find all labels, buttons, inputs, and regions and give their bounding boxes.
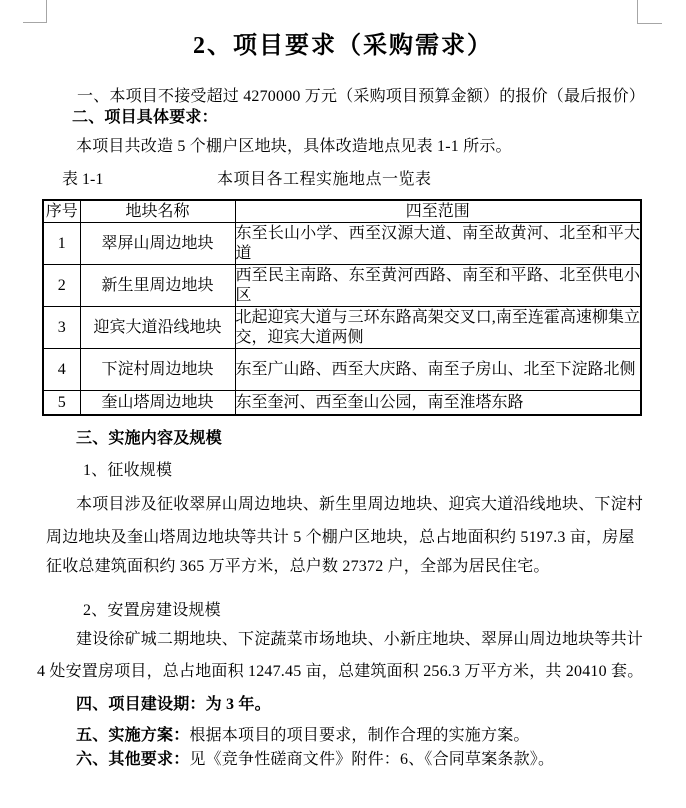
clause-specific-requirements-text: 本项目共改造 5 个棚户区地块，具体改造地点见表 1-1 所示。 — [76, 137, 512, 156]
table-header-name: 地块名称 — [80, 200, 235, 223]
clause-other-requirements-heading: 六、其他要求： — [76, 751, 189, 768]
subclause-resettlement-heading: 2、安置房建设规模 — [83, 601, 221, 620]
margin-crop-mark-top-right-horizontal — [637, 23, 662, 24]
clause-other-requirements-text: 见《竞争性磋商文件》附件：6、《合同草案条款》。 — [189, 751, 554, 768]
clause-scope-heading: 三、实施内容及规模 — [76, 429, 222, 448]
table-header-no: 序号 — [43, 200, 80, 223]
row-site-name: 翠屏山周边地块 — [80, 223, 235, 265]
table-caption-label: 表 1-1 — [62, 166, 103, 189]
table-caption-title: 本项目各工程实施地点一览表 — [217, 166, 432, 189]
table-row: 5 奎山塔周边地块 东至奎河、西至奎山公园，南至淮塔东路 — [43, 391, 641, 416]
margin-crop-mark-top-left-vertical — [46, 0, 47, 23]
project-sites-table: 序号 地块名称 四至范围 1 翠屏山周边地块 东至长山小学、西至汉源大道、南至故… — [42, 199, 642, 416]
row-site-range: 北起迎宾大道与三环东路高架交叉口,南至连霍高速柳集立交，迎宾大道两侧 — [235, 307, 641, 349]
clause-budget-limit: 一、本项目不接受超过 4270000 万元（采购项目预算金额）的报价（最后报价） — [77, 87, 645, 106]
margin-crop-mark-top-right-vertical — [637, 0, 638, 24]
resettlement-paragraph-line1: 建设徐矿城二期地块、下淀蔬菜市场地块、小新庄地块、翠屏山周边地块等共计 — [76, 630, 643, 649]
table-row: 3 迎宾大道沿线地块 北起迎宾大道与三环东路高架交叉口,南至连霍高速柳集立交，迎… — [43, 307, 641, 349]
clause-implementation-plan: 五、实施方案：根据本项目的项目要求，制作合理的实施方案。 — [76, 726, 530, 745]
clause-implementation-plan-text: 根据本项目的项目要求，制作合理的实施方案。 — [189, 727, 529, 744]
table-row: 1 翠屏山周边地块 东至长山小学、西至汉源大道、南至故黄河、北至和平大道 — [43, 223, 641, 265]
row-site-range: 西至民主南路、东至黄河西路、南至和平路、北至供电小区 — [235, 265, 641, 307]
clause-implementation-plan-heading: 五、实施方案： — [76, 727, 189, 744]
row-site-name: 奎山塔周边地块 — [80, 391, 235, 416]
row-no: 4 — [43, 349, 80, 391]
table-row: 4 下淀村周边地块 东至广山路、西至大庆路、南至子房山、北至下淀路北侧 — [43, 349, 641, 391]
row-site-name: 新生里周边地块 — [80, 265, 235, 307]
expropriation-paragraph-line3: 征收总建筑面积约 365 万平方米，总户数 27372 户，全部为居民住宅。 — [46, 557, 550, 576]
row-site-name: 迎宾大道沿线地块 — [80, 307, 235, 349]
row-no: 1 — [43, 223, 80, 265]
expropriation-paragraph-line2: 周边地块及奎山塔周边地块等共计 5 个棚户区地块，总占地面积约 5197.3 亩… — [46, 528, 635, 547]
row-site-name: 下淀村周边地块 — [80, 349, 235, 391]
document-page: 2、项目要求（采购需求） 一、本项目不接受超过 4270000 万元（采购项目预… — [0, 0, 686, 808]
table-header-row: 序号 地块名称 四至范围 — [43, 200, 641, 223]
clause-construction-period-text: 为 3 年。 — [206, 696, 271, 713]
clause-other-requirements: 六、其他要求：见《竞争性磋商文件》附件：6、《合同草案条款》。 — [76, 750, 554, 769]
clause-construction-period-heading: 四、项目建设期： — [76, 696, 206, 713]
row-no: 2 — [43, 265, 80, 307]
row-site-range: 东至广山路、西至大庆路、南至子房山、北至下淀路北侧 — [235, 349, 641, 391]
subclause-expropriation-heading: 1、征收规模 — [83, 461, 172, 480]
table-header-range: 四至范围 — [235, 200, 641, 223]
table-row: 2 新生里周边地块 西至民主南路、东至黄河西路、南至和平路、北至供电小区 — [43, 265, 641, 307]
resettlement-paragraph-line2: 4 处安置房项目，总占地面积 1247.45 亩，总建筑面积 256.3 万平方… — [37, 662, 643, 681]
row-no: 3 — [43, 307, 80, 349]
page-title: 2、项目要求（采购需求） — [0, 25, 686, 60]
row-no: 5 — [43, 391, 80, 416]
clause-specific-requirements-heading: 二、项目具体要求： — [72, 108, 218, 127]
clause-construction-period: 四、项目建设期：为 3 年。 — [76, 695, 271, 714]
margin-crop-mark-top-left-horizontal — [23, 22, 47, 23]
row-site-range: 东至奎河、西至奎山公园，南至淮塔东路 — [235, 391, 641, 416]
expropriation-paragraph-line1: 本项目涉及征收翠屏山周边地块、新生里周边地块、迎宾大道沿线地块、下淀村 — [76, 495, 643, 514]
row-site-range: 东至长山小学、西至汉源大道、南至故黄河、北至和平大道 — [235, 223, 641, 265]
